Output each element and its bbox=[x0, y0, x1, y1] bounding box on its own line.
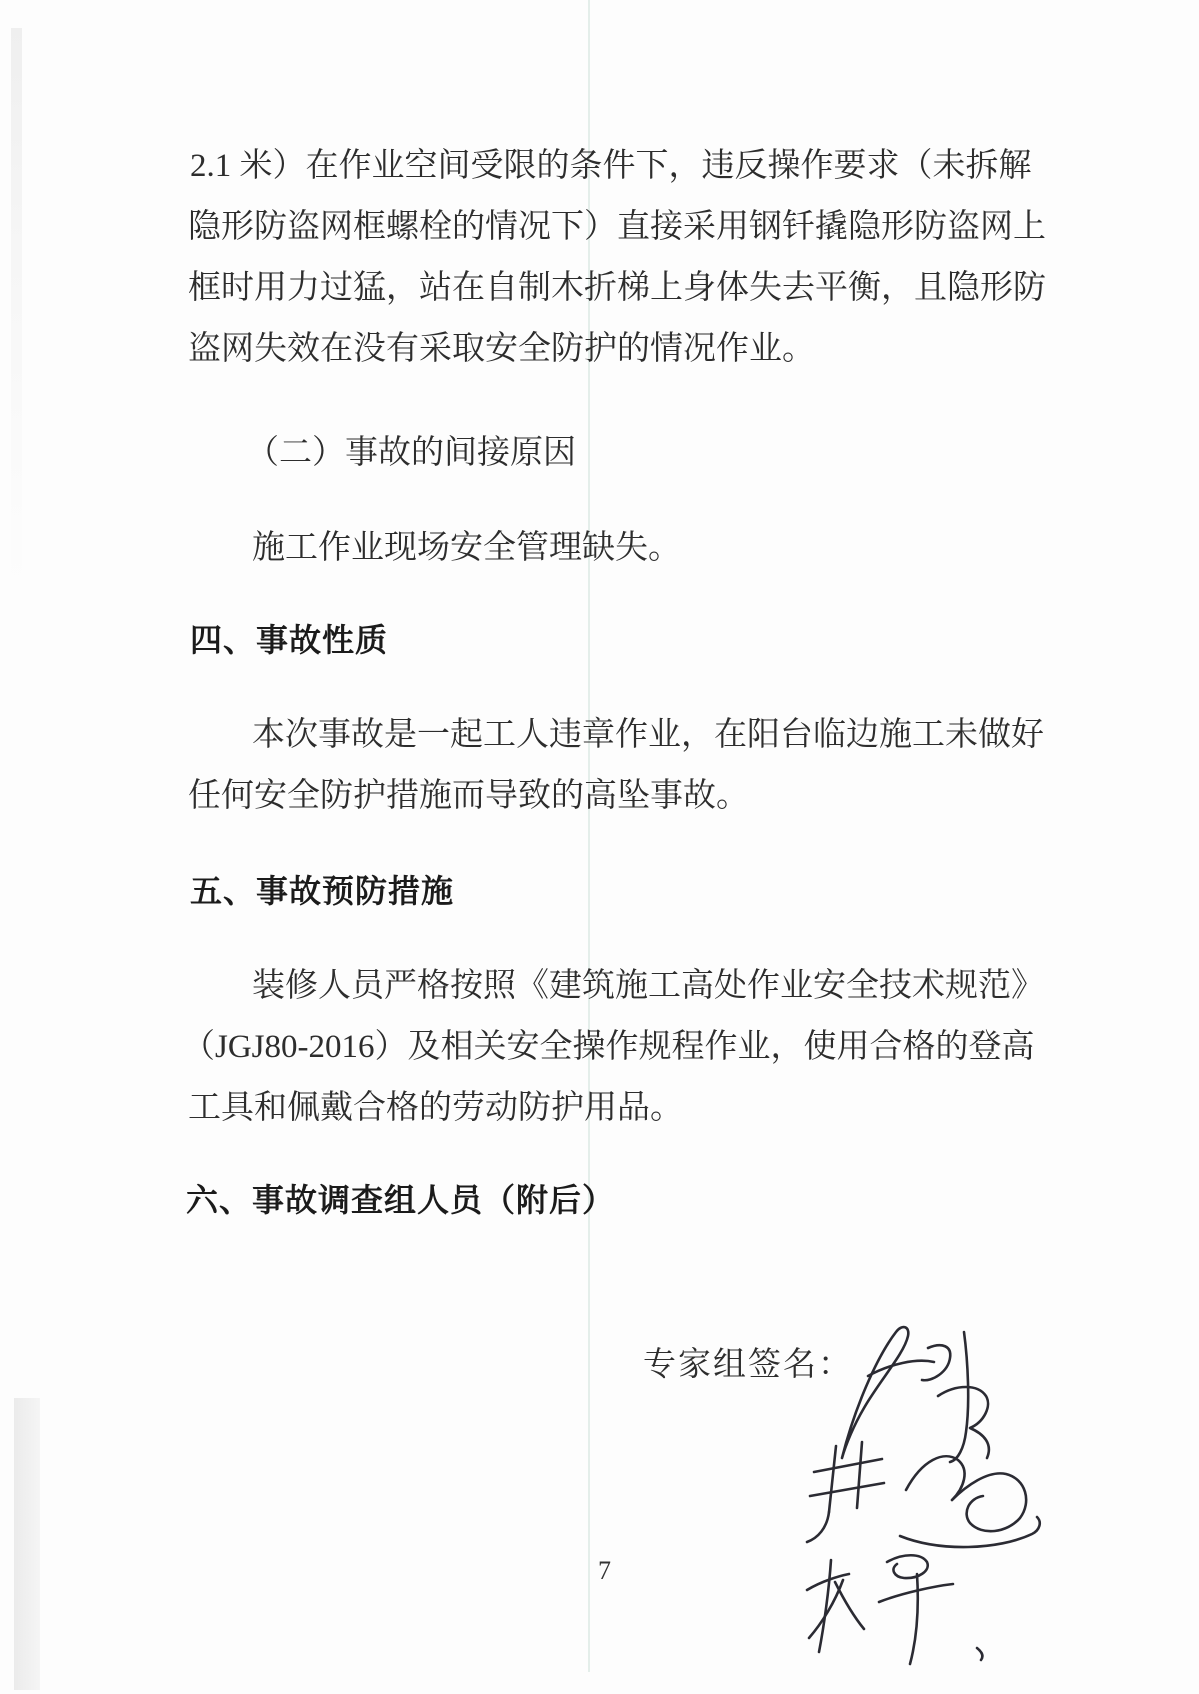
text-line: 工具和佩戴合格的劳动防护用品。 bbox=[188, 1090, 683, 1126]
handwritten-signature-3 bbox=[807, 1555, 982, 1664]
scan-edge-artifact-bottom-left bbox=[14, 1398, 40, 1690]
section-heading: 五、事故预防措施 bbox=[190, 874, 454, 909]
text-line: 框时用力过猛，站在自制木折梯上身体失去平衡，且隐形防 bbox=[188, 270, 1046, 306]
handwritten-signatures bbox=[730, 1310, 1110, 1690]
text-line: （二）事故的间接原因 bbox=[246, 435, 576, 471]
text-line: 盗网失效在没有采取安全防护的情况作业。 bbox=[188, 331, 815, 367]
text-line: 隐形防盗网框螺栓的情况下）直接采用钢钎撬隐形防盗网上 bbox=[188, 209, 1046, 245]
scan-fold-line bbox=[588, 0, 590, 1672]
handwritten-signature-1 bbox=[842, 1327, 989, 1462]
text-line: 施工作业现场安全管理缺失。 bbox=[252, 530, 681, 566]
section-heading: 六、事故调查组人员（附后） bbox=[186, 1183, 615, 1218]
text-line: （JGJ80-2016）及相关安全操作规程作业，使用合格的登高 bbox=[182, 1029, 1035, 1065]
text-line: 装修人员严格按照《建筑施工高处作业安全技术规范》 bbox=[252, 968, 1044, 1004]
section-heading: 四、事故性质 bbox=[190, 623, 388, 658]
text-line: 任何安全防护措施而导致的高坠事故。 bbox=[188, 778, 749, 814]
scanned-document-page: 2.1 米）在作业空间受限的条件下，违反操作要求（未拆解隐形防盗网框螺栓的情况下… bbox=[0, 0, 1199, 1694]
scan-edge-artifact-top-left bbox=[11, 28, 22, 588]
page-number: 7 bbox=[598, 1556, 611, 1586]
text-line: 本次事故是一起工人违章作业，在阳台临边施工未做好 bbox=[252, 717, 1044, 753]
text-line: 2.1 米）在作业空间受限的条件下，违反操作要求（未拆解 bbox=[190, 148, 1032, 184]
